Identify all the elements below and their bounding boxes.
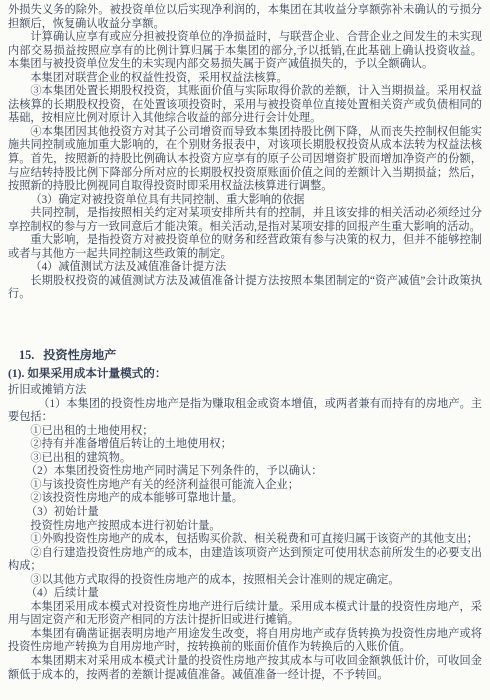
long-term-equity-investment-text-block: 外损失义务的除外。被投资单位以后实现净利润的，本集团在其收益分享额弥补未确认的亏… [8, 4, 482, 302]
paragraph: ③已出租的建筑物。 [8, 452, 482, 466]
paragraph: 本集团期末对采用成本模式计量的投资性房地产按其成本与可收回金额孰低计价，可收回金… [8, 655, 482, 682]
paragraph: ②该投资性房地产的成本能够可靠地计量。 [8, 492, 482, 506]
section-title: 投资性房地产 [43, 348, 116, 362]
paragraph: 外损失义务的除外。被投资单位以后实现净利润的，本集团在其收益分享额弥补未确认的亏… [8, 4, 482, 31]
paragraph: （1）本集团的投资性房地产是指为赚取租金或资本增值，或两者兼有而持有的房地产。主… [8, 398, 482, 425]
paragraph: 共同控制，是指按照相关约定对某项安排所共有的控制，并且该安排的相关活动必须经过分… [8, 207, 482, 234]
investment-property-text-block: 折旧或摊销方法（1）本集团的投资性房地产是指为赚取租金或资本增值，或两者兼有而持… [8, 384, 482, 682]
paragraph: 本集团采用成本模式对投资性房地产进行后续计量。采用成本模式计量的投资性房地产，采… [8, 601, 482, 628]
paragraph: （2）本集团投资性房地产同时满足下列条件的，予以确认： [8, 465, 482, 479]
paragraph: （3）初始计量 [8, 506, 482, 520]
subsection-heading: (1). 如果采用成本计量模式的： [8, 366, 482, 381]
section-number: 15. [19, 348, 34, 362]
section-heading: 15.投资性房地产 [8, 347, 482, 363]
paragraph: 折旧或摊销方法 [8, 384, 482, 398]
paragraph: ①与该投资性房地产有关的经济利益很可能流入企业； [8, 479, 482, 493]
paragraph: （4）减值测试方法及减值准备计提方法 [8, 261, 482, 275]
paragraph: 长期股权投资的减值测试方法及减值准备计提方法按照本集团制定的“资产减值”会计政策… [8, 275, 482, 302]
paragraph: ②自行建造投资性房地产的成本，由建造该项资产达到预定可使用状态前所发生的必要支出… [8, 547, 482, 574]
paragraph: 投资性房地产按照成本进行初始计量。 [8, 520, 482, 534]
paragraph: ③以其他方式取得的投资性房地产的成本，按照相关会计准则的规定确定。 [8, 574, 482, 588]
paragraph: ②持有并准备增值后转让的土地使用权； [8, 438, 482, 452]
paragraph: 计算确认应享有或应分担被投资单位的净损益时，与联营企业、合营企业之间发生的未实现… [8, 31, 482, 72]
paragraph: 本集团有确凿证据表明房地产用途发生改变，将自用房地产或存货转换为投资性房地产或将… [8, 628, 482, 655]
paragraph: （3）确定对被投资单位具有共同控制、重大影响的依据 [8, 194, 482, 208]
paragraph: ④本集团因其他投资方对其子公司增资而导致本集团持股比例下降，从而丧失控制权但能实… [8, 126, 482, 194]
paragraph: （4）后续计量 [8, 587, 482, 601]
paragraph: ①外购投资性房地产的成本，包括购买价款、相关税费和可直接归属于该资产的其他支出； [8, 533, 482, 547]
paragraph: ①已出租的土地使用权； [8, 425, 482, 439]
paragraph: ③本集团处置长期股权投资，其账面价值与实际取得价款的差额，计入当期损益。采用权益… [8, 85, 482, 126]
paragraph: 重大影响，是指投资方对被投资单位的财务和经营政策有参与决策的权力，但并不能够控制… [8, 234, 482, 261]
document-page: 外损失义务的除外。被投资单位以后实现净利润的，本集团在其收益分享额弥补未确认的亏… [0, 0, 490, 700]
paragraph: 本集团对联营企业的权益性投资，采用权益法核算。 [8, 72, 482, 86]
